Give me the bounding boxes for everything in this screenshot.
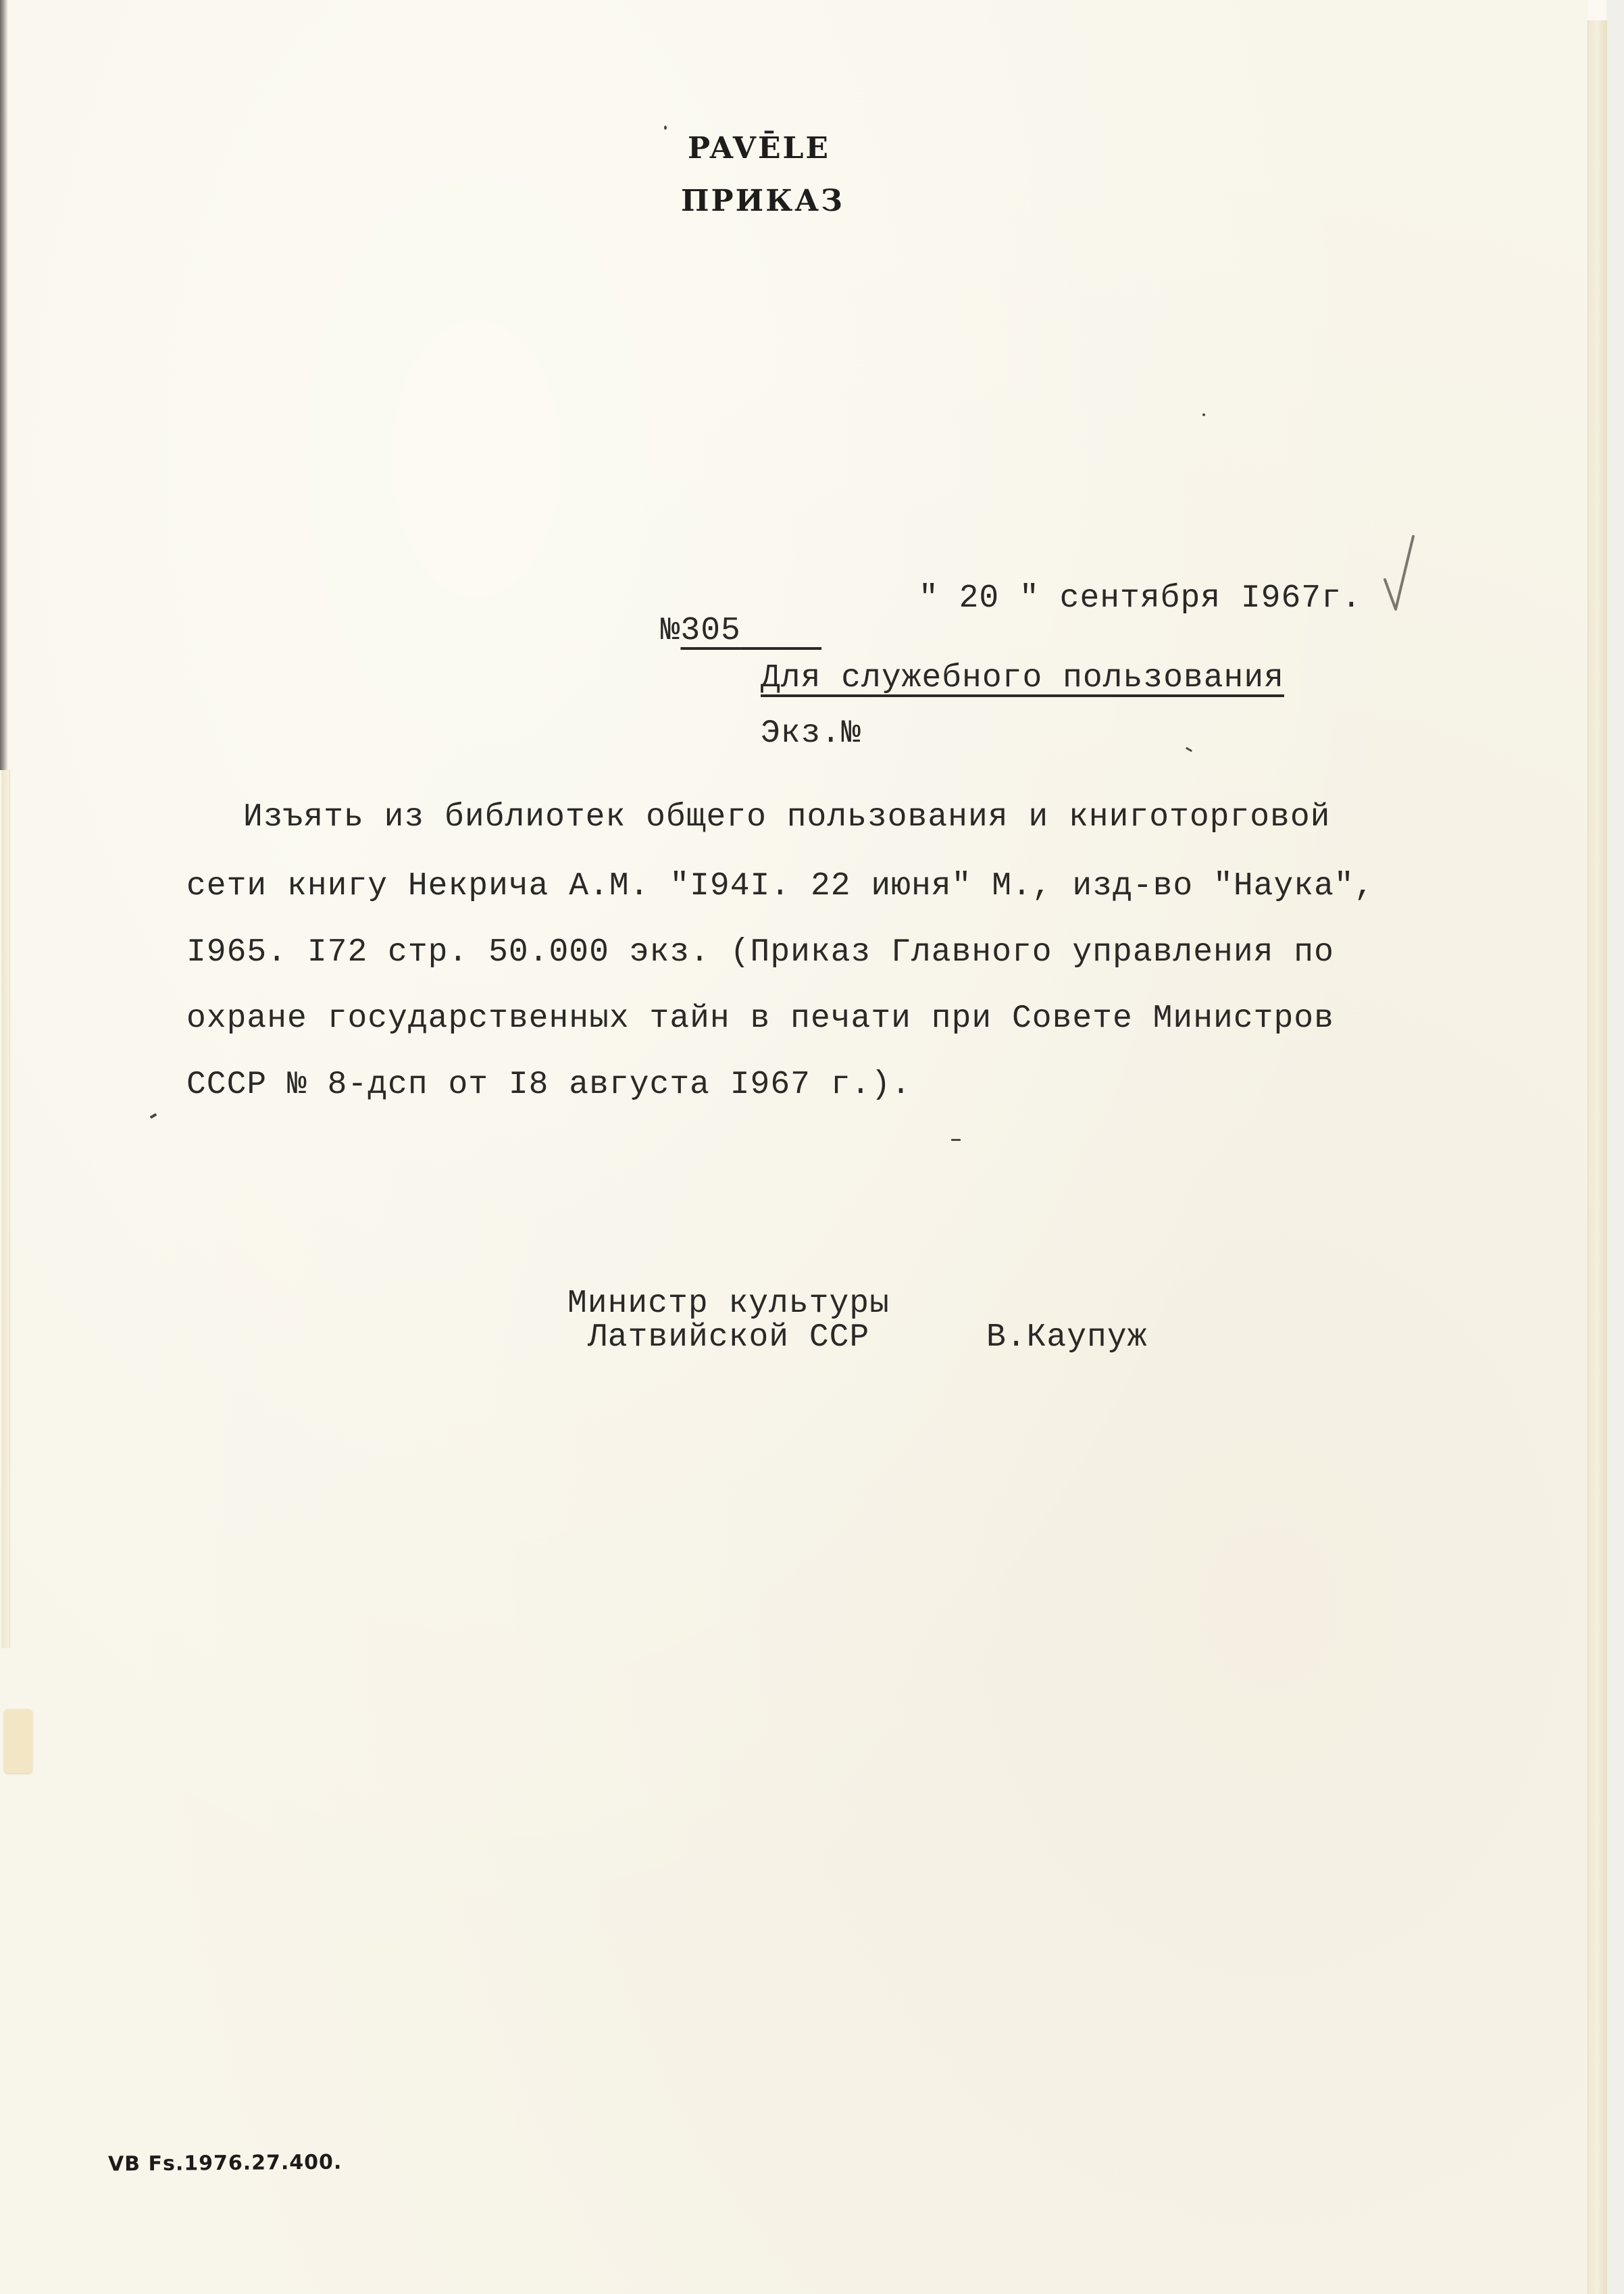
signature-position-line1: Министр культуры (567, 1288, 890, 1320)
archive-stamp: VB Fs.1976.27.400. (108, 2152, 342, 2174)
copy-number-label: Экз.№ (761, 717, 861, 750)
classification-label: Для служебного пользования (761, 662, 1284, 694)
binding-tab (4, 1709, 32, 1773)
scan-backdrop (1606, 0, 1624, 2294)
document-page (0, 0, 1588, 2294)
page-edge-right (1588, 20, 1607, 2294)
order-number-line: №305 (620, 582, 821, 647)
handwritten-checkmark-icon (1384, 534, 1424, 615)
signature-name: В.Каупуж (986, 1321, 1147, 1354)
order-date: " 20 " сентября I967г. (919, 582, 1362, 615)
order-number-label: № (661, 613, 681, 649)
signature-position-line2: Латвийской ССР (588, 1321, 869, 1354)
order-number: 305 (680, 613, 740, 649)
paper-speck (1202, 413, 1205, 416)
body-line-2: сети книгу Некрича А.М. "I94I. 22 июня" … (186, 870, 1374, 902)
title-latvian: PAVĒLE (688, 134, 830, 163)
binding-strip (1, 770, 10, 1648)
paper-speck (664, 126, 667, 130)
body-line-4: охране государственных тайн в печати при… (186, 1002, 1334, 1035)
page-edge-left-shadow (0, 0, 8, 770)
order-number-underline-fill (741, 613, 821, 649)
body-line-3: I965. I72 стр. 50.000 экз. (Приказ Главн… (186, 936, 1334, 969)
body-line-1: Изъять из библиотек общего пользования и… (243, 801, 1330, 834)
body-line-5: СССР № 8-дсп от I8 августа I967 г.). (186, 1069, 911, 1101)
title-russian: ПРИКАЗ (681, 186, 844, 216)
paper-speck (951, 1139, 961, 1141)
